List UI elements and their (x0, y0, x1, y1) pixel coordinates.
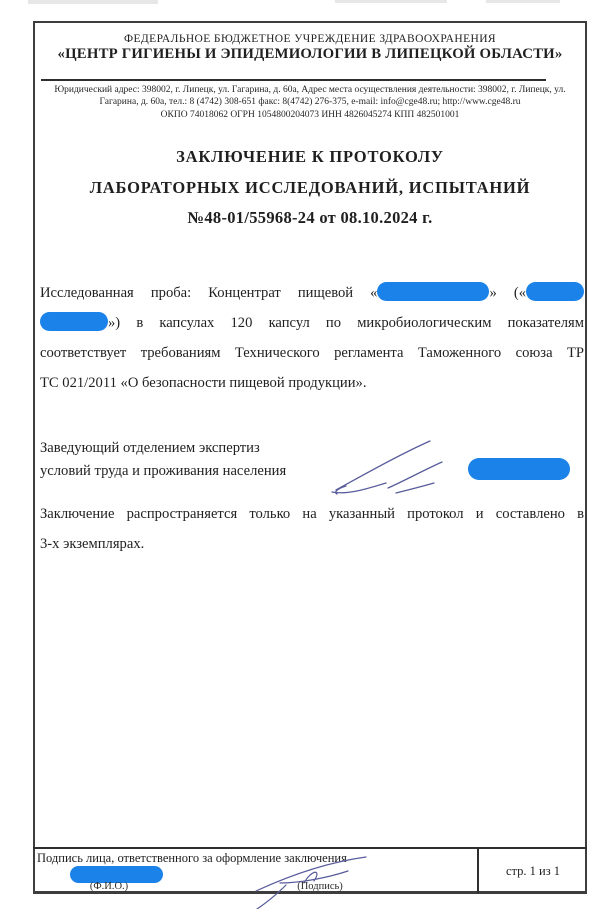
document-title-line1: ЗАКЛЮЧЕНИЕ К ПРОТОКОЛУ (36, 147, 584, 167)
page-number: стр. 1 из 1 (479, 849, 587, 893)
scan-artifact (335, 0, 447, 3)
signatory-position: Заведующий отделением экспертиз условий … (40, 437, 286, 483)
conclusion-paragraph: Исследованная проба: Концентрат пищевой … (40, 278, 584, 398)
body-text: » (« (489, 285, 526, 301)
body-line-4: ТС 021/2011 «О безопасности пищевой прод… (40, 368, 584, 398)
redaction-blob (40, 312, 108, 331)
scan-artifact (486, 0, 560, 3)
address-line: Юридический адрес: 398002, г. Липецк, ул… (36, 84, 584, 96)
handwritten-signature (330, 434, 448, 496)
signatory-position-line1: Заведующий отделением экспертиз (40, 437, 286, 460)
address-line: Гагарина, д. 60а, тел.: 8 (4742) 308-651… (36, 96, 584, 108)
letterhead-rule (41, 79, 546, 81)
sign-caption: (Подпись) (284, 881, 356, 892)
closing-line-1: Заключение распространяется только на ук… (40, 499, 584, 529)
fio-caption: (Ф.И.О.) (73, 881, 145, 892)
body-text: ») в капсулах 120 капсул по микробиологи… (108, 315, 584, 331)
footer-signature-table: Подпись лица, ответственного за оформлен… (33, 847, 587, 893)
redaction-blob (377, 282, 489, 301)
document-number-date: №48-01/55968-24 от 08.10.2024 г. (36, 208, 584, 228)
body-line-3: соответствует требованиям Технического р… (40, 338, 584, 368)
scan-artifact (28, 0, 158, 4)
closing-line-2: 3-х экземплярах. (40, 529, 584, 559)
body-line-2: ») в капсулах 120 капсул по микробиологи… (40, 308, 584, 338)
redaction-blob (526, 282, 584, 301)
document-title-line2: ЛАБОРАТОРНЫХ ИССЛЕДОВАНИЙ, ИСПЫТАНИЙ (36, 178, 584, 198)
signatory-position-line2: условий труда и проживания населения (40, 460, 286, 483)
body-text: Исследованная проба: Концентрат пищевой … (40, 285, 377, 301)
redaction-blob-signatory-name (468, 458, 570, 480)
organization-name: «ЦЕНТР ГИГИЕНЫ И ЭПИДЕМИОЛОГИИ В ЛИПЕЦКО… (36, 46, 584, 63)
closing-paragraph: Заключение распространяется только на ук… (40, 499, 584, 559)
document-page: ФЕДЕРАЛЬНОЕ БЮДЖЕТНОЕ УЧРЕЖДЕНИЕ ЗДРАВОО… (0, 0, 607, 909)
registration-codes-line: ОКПО 74018062 ОГРН 1054800204073 ИНН 482… (36, 109, 584, 121)
organization-type: ФЕДЕРАЛЬНОЕ БЮДЖЕТНОЕ УЧРЕЖДЕНИЕ ЗДРАВОО… (36, 33, 584, 45)
body-line-1: Исследованная проба: Концентрат пищевой … (40, 278, 584, 308)
